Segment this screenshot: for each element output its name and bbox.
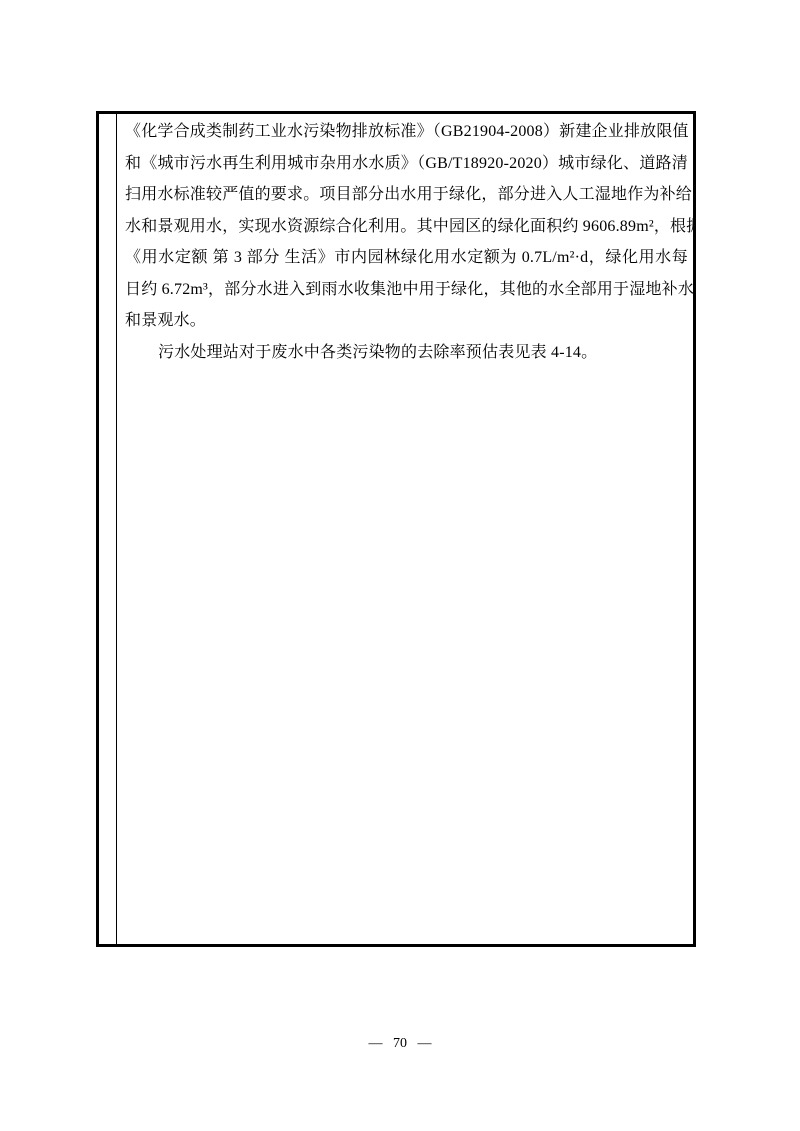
body-line-5: 《用水定额 第 3 部分 生活》市内园林绿化用水定额为 0.7L/m²·d，绿化… <box>125 242 688 274</box>
body-text: 《化学合成类制药工业水污染物排放标准》（GB21904-2008）新建企业排放限… <box>125 116 688 368</box>
body-line-4: 水和景观用水，实现水资源综合化利用。其中园区的绿化面积约 9606.89m²，根… <box>125 211 688 243</box>
content-table-cell: 《化学合成类制药工业水污染物排放标准》（GB21904-2008）新建企业排放限… <box>96 111 696 947</box>
document-page: 《化学合成类制药工业水污染物排放标准》（GB21904-2008）新建企业排放限… <box>0 0 800 1131</box>
table-column-divider <box>116 114 117 944</box>
body-line-6: 日约 6.72m³，部分水进入到雨水收集池中用于绿化，其他的水全部用于湿地补水 <box>125 274 688 306</box>
body-line-3: 扫用水标准较严值的要求。项目部分出水用于绿化，部分进入人工湿地作为补给 <box>125 179 688 211</box>
body-paragraph-2: 污水处理站对于废水中各类污染物的去除率预估表见表 4-14。 <box>125 337 688 369</box>
page-number: — 70 — <box>0 1034 800 1054</box>
body-line-7: 和景观水。 <box>125 305 688 337</box>
body-line-1: 《化学合成类制药工业水污染物排放标准》（GB21904-2008）新建企业排放限… <box>125 116 688 148</box>
body-line-2: 和《城市污水再生利用城市杂用水水质》（GB/T18920-2020）城市绿化、道… <box>125 148 688 180</box>
